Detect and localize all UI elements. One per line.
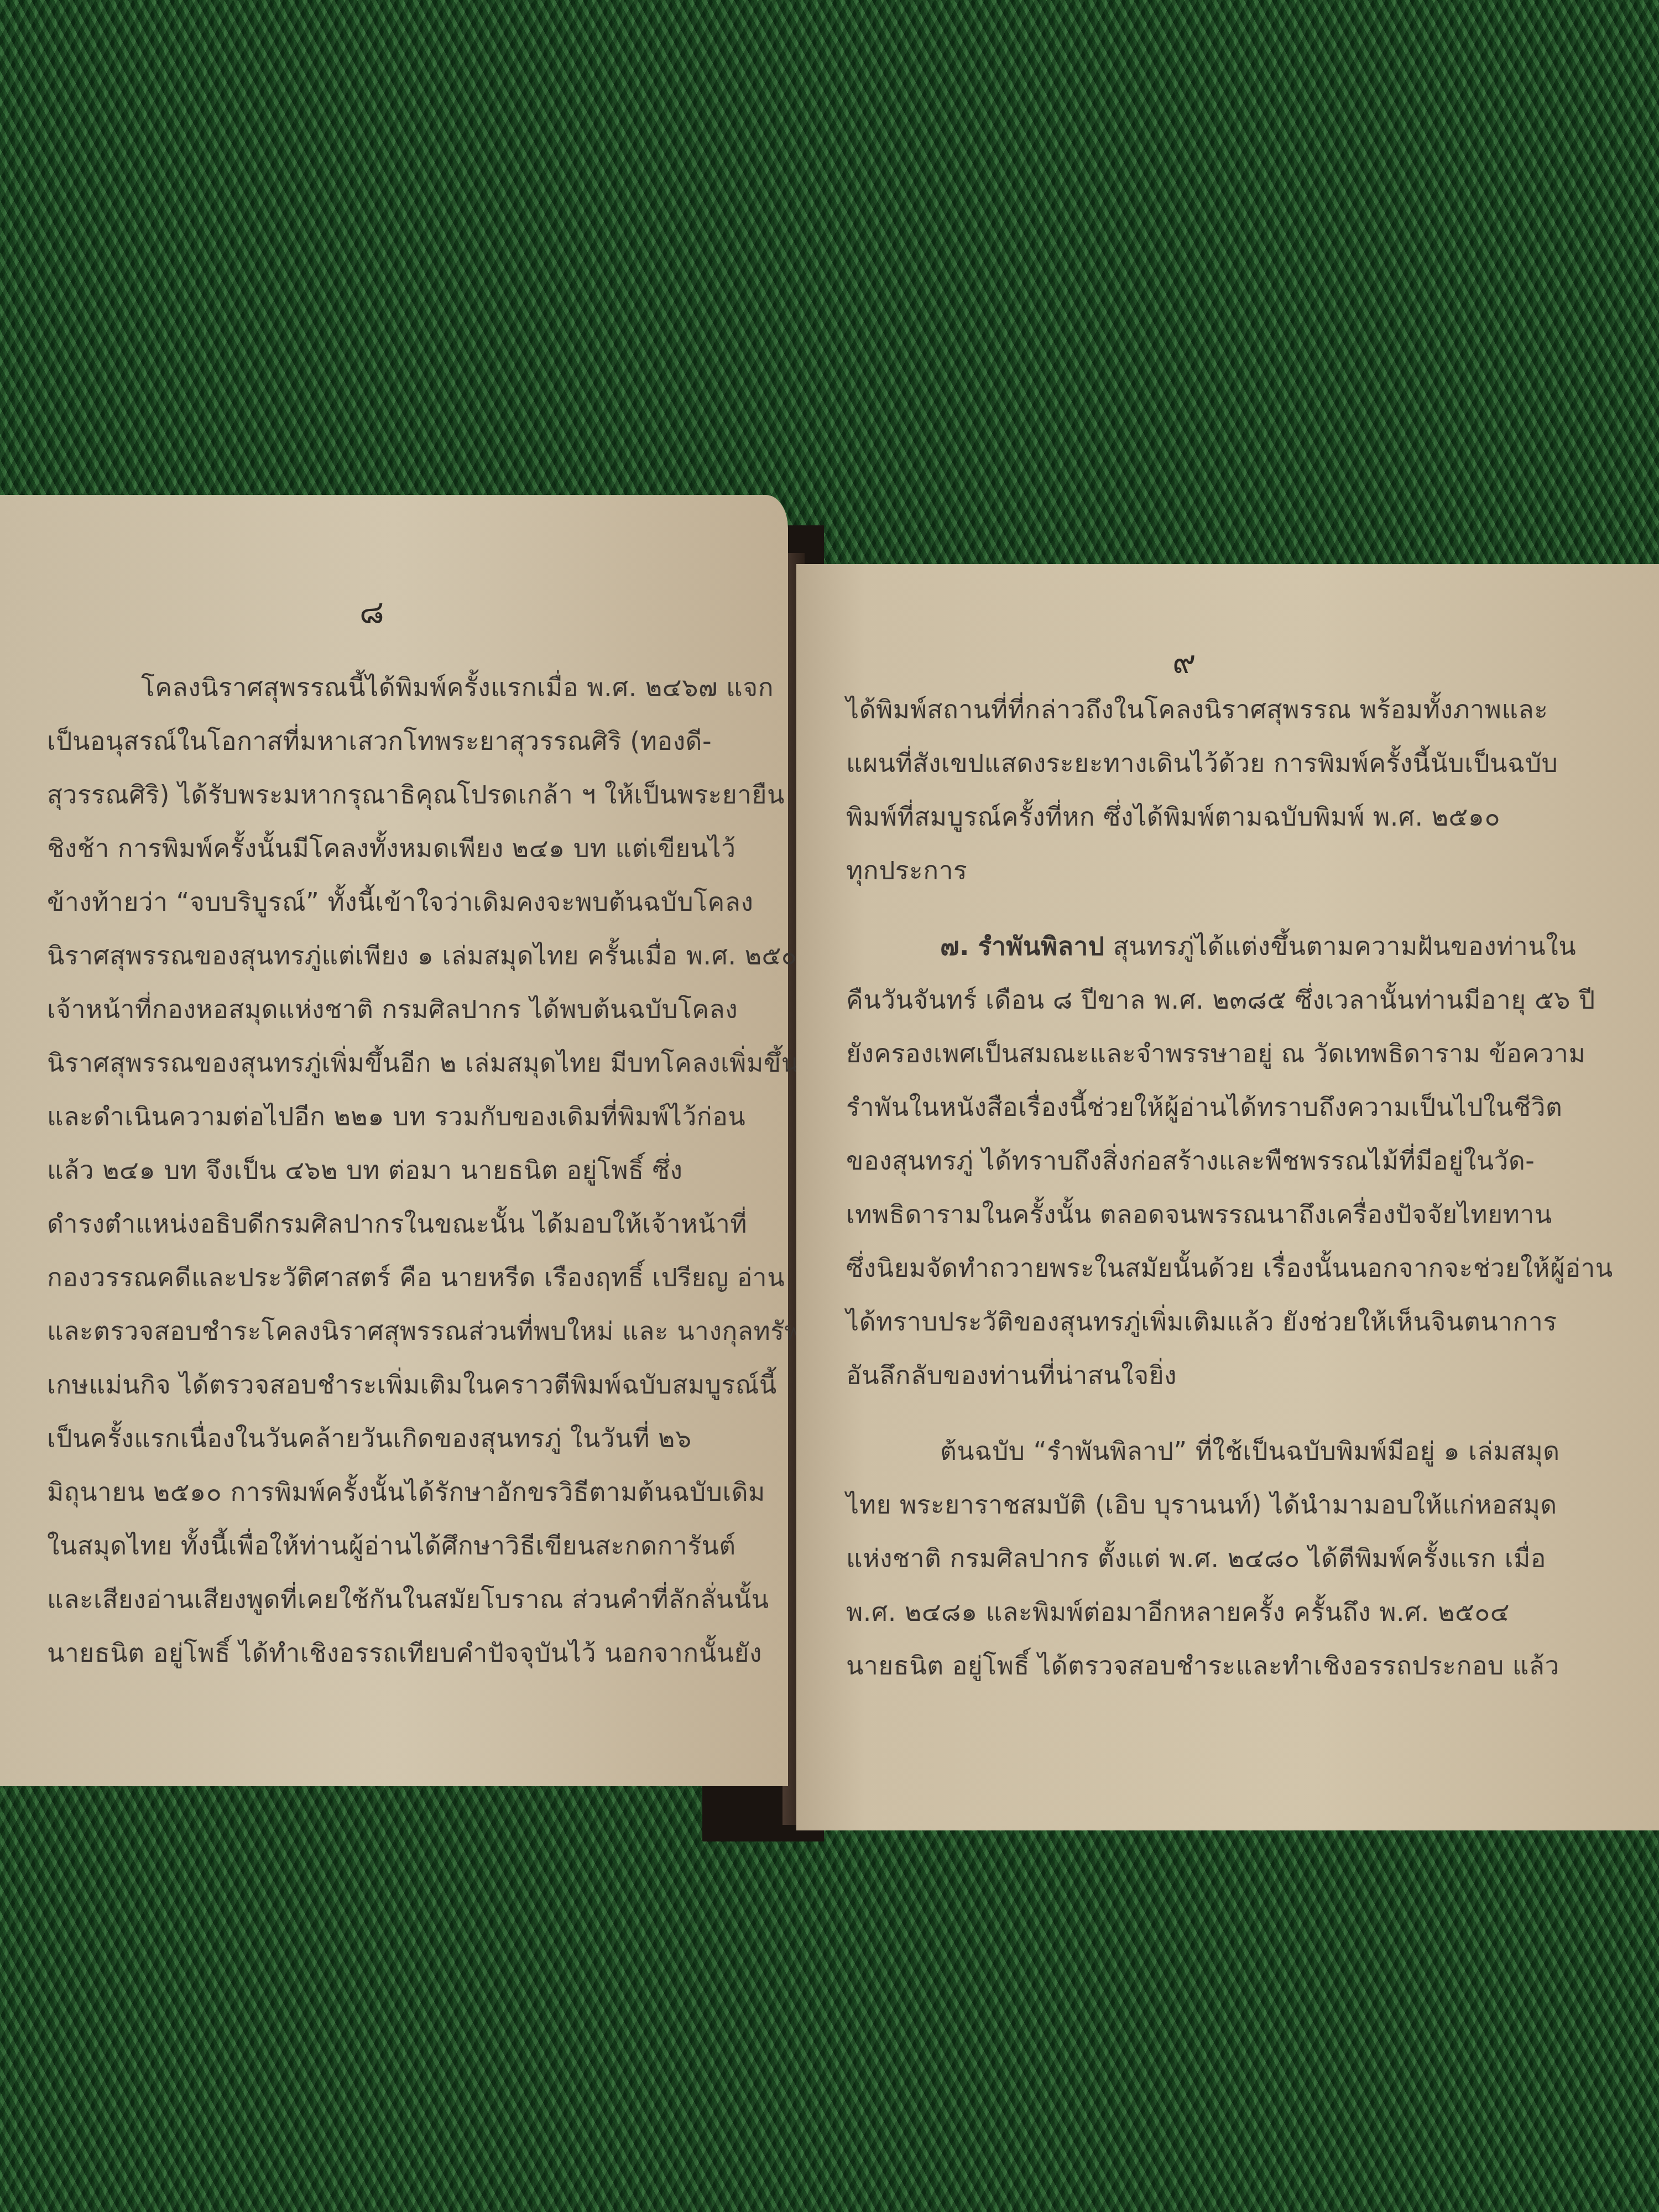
text-line: ยังครองเพศเป็นสมณะและจำพรรษาอยู่ ณ วัดเท…: [846, 1027, 1613, 1081]
text-line: โคลงนิราศสุพรรณนี้ได้พิมพ์ครั้งแรกเมื่อ …: [47, 661, 817, 714]
page-number: ๙: [1172, 636, 1196, 687]
text-line: แล้ว ๒๔๑ บท จึงเป็น ๔๖๒ บท ต่อมา นายธนิต…: [47, 1144, 817, 1197]
text-line: เป็นครั้งแรกเนื่องในวันคล้ายวันเกิดของสุ…: [47, 1412, 817, 1465]
text-line: ของสุนทรภู่ ได้ทราบถึงสิ่งก่อสร้างและพืช…: [846, 1134, 1613, 1188]
page-number: ๘: [359, 586, 384, 638]
text-line: นายธนิต อยู่โพธิ์ ได้ทำเชิงอรรถเทียบคำปั…: [47, 1626, 817, 1680]
text-line: พ.ศ. ๒๔๘๑ และพิมพ์ต่อมาอีกหลายครั้ง ครั้…: [846, 1585, 1613, 1639]
right-page: ๙ ได้พิมพ์สถานที่ที่กล่าวถึงในโคลงนิราศส…: [796, 564, 1659, 1830]
left-page: ๘ โคลงนิราศสุพรรณนี้ได้พิมพ์ครั้งแรกเมื่…: [0, 495, 788, 1786]
text-line: สุวรรณศิริ) ได้รับพระมหากรุณาธิคุณโปรดเก…: [47, 768, 817, 822]
text-line: ต้นฉบับ “รำพันพิลาป” ที่ใช้เป็นฉบับพิมพ์…: [846, 1425, 1613, 1478]
text-line: ได้พิมพ์สถานที่ที่กล่าวถึงในโคลงนิราศสุพ…: [846, 683, 1613, 737]
section-title: รำพันพิลาป: [978, 931, 1104, 961]
text-line: แห่งชาติ กรมศิลปากร ตั้งแต่ พ.ศ. ๒๔๘๐ ได…: [846, 1532, 1613, 1585]
text-line: เทพธิดารามในครั้งนั้น ตลอดจนพรรณนาถึงเคร…: [846, 1188, 1613, 1241]
section-heading: ๗. รำพันพิลาป สุนทรภู่ได้แต่งขึ้นตามความ…: [846, 920, 1613, 973]
text-line: เจ้าหน้าที่กองหอสมุดแห่งชาติ กรมศิลปากร …: [47, 983, 817, 1036]
section-number: ๗.: [940, 931, 969, 961]
text-line: ข้างท้ายว่า “จบบริบูรณ์” ทั้งนี้เข้าใจว่…: [47, 875, 817, 929]
text-line: มิถุนายน ๒๕๑๐ การพิมพ์ครั้งนั้นได้รักษาอ…: [47, 1465, 817, 1519]
text-line: แผนที่สังเขปแสดงระยะทางเดินไว้ด้วย การพิ…: [846, 737, 1613, 790]
text-line: อันลึกลับของท่านที่น่าสนใจยิ่ง: [846, 1349, 1613, 1402]
text-line: เป็นอนุสรณ์ในโอกาสที่มหาเสวกโทพระยาสุวรร…: [47, 714, 817, 768]
text-line: และตรวจสอบชำระโคลงนิราศสุพรรณส่วนที่พบให…: [47, 1305, 817, 1358]
text-line: รำพันในหนังสือเรื่องนี้ช่วยให้ผู้อ่านได้…: [846, 1081, 1613, 1134]
text-line: และดำเนินความต่อไปอีก ๒๒๑ บท รวมกับของเด…: [47, 1090, 817, 1144]
text-line: ชิงช้า การพิมพ์ครั้งนั้นมีโคลงทั้งหมดเพี…: [47, 822, 817, 875]
text-line: และเสียงอ่านเสียงพูดที่เคยใช้กันในสมัยโบ…: [47, 1573, 817, 1626]
text-line: นิราศสุพรรณของสุนทรภู่แต่เพียง ๑ เล่มสมุ…: [47, 929, 817, 983]
text-line: ในสมุดไทย ทั้งนี้เพื่อให้ท่านผู้อ่านได้ศ…: [47, 1519, 817, 1573]
text-line: นายธนิต อยู่โพธิ์ ได้ตรวจสอบชำระและทำเชิ…: [846, 1639, 1613, 1693]
text-line: พิมพ์ที่สมบูรณ์ครั้งที่หก ซึ่งได้พิมพ์ตา…: [846, 790, 1613, 844]
text-line: ได้ทราบประวัติของสุนทรภู่เพิ่มเติมแล้ว ย…: [846, 1295, 1613, 1349]
text-line: ทุกประการ: [846, 844, 1613, 898]
text-line: ดำรงตำแหน่งอธิบดีกรมศิลปากรในขณะนั้น ได้…: [47, 1197, 817, 1251]
left-page-text: โคลงนิราศสุพรรณนี้ได้พิมพ์ครั้งแรกเมื่อ …: [47, 661, 817, 1680]
text-line: กองวรรณคดีและประวัติศาสตร์ คือ นายหรีด เ…: [47, 1251, 817, 1305]
text-line: คืนวันจันทร์ เดือน ๘ ปีขาล พ.ศ. ๒๓๘๕ ซึ่…: [846, 973, 1613, 1027]
text-line: เกษแม่นกิจ ได้ตรวจสอบชำระเพิ่มเติมในคราว…: [47, 1358, 817, 1412]
text-line: ไทย พระยาราชสมบัติ (เอิบ บุรานนท์) ได้นำ…: [846, 1478, 1613, 1532]
text-line: ซึ่งนิยมจัดทำถวายพระในสมัยนั้นด้วย เรื่อ…: [846, 1241, 1613, 1295]
right-page-text: ได้พิมพ์สถานที่ที่กล่าวถึงในโคลงนิราศสุพ…: [846, 683, 1613, 1693]
text-line: สุนทรภู่ได้แต่งขึ้นตามความฝันของท่านใน: [1113, 931, 1576, 961]
text-line: นิราศสุพรรณของสุนทรภู่เพิ่มขึ้นอีก ๒ เล่…: [47, 1036, 817, 1090]
